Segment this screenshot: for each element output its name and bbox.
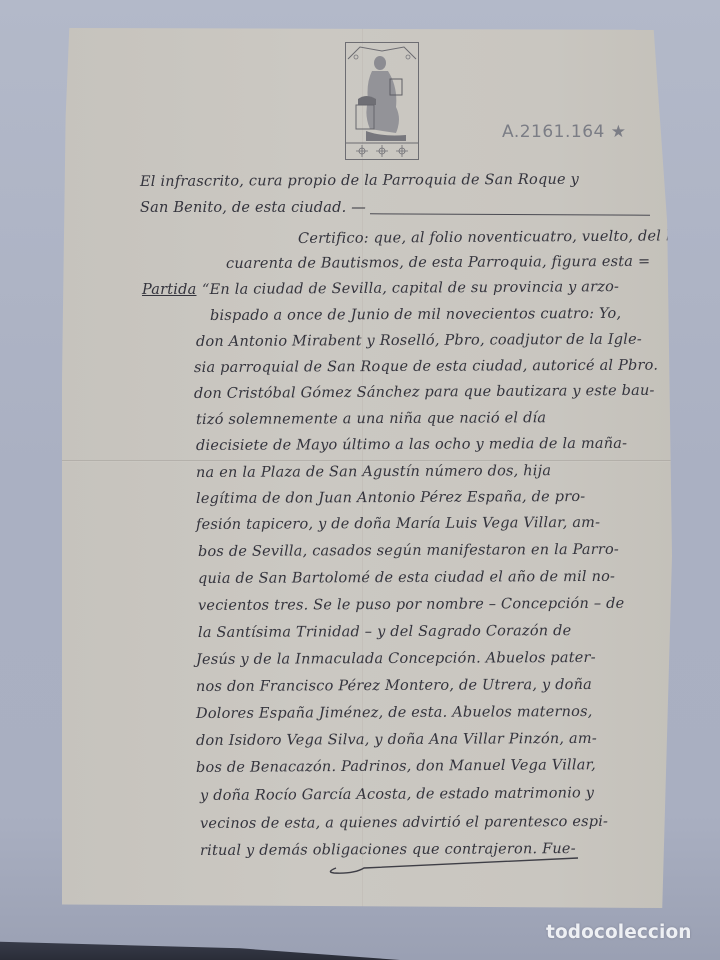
closing-flourish-stroke bbox=[324, 854, 579, 874]
text-line: y doña Rocío García Acosta, de estado ma… bbox=[200, 785, 594, 804]
text-line: don Antonio Mirabent y Roselló, Pbro, co… bbox=[196, 332, 642, 350]
text-line: El infrascrito, cura propio de la Parroq… bbox=[140, 172, 579, 190]
text-line: Dolores España Jiménez, de esta. Abuelos… bbox=[196, 704, 593, 722]
document-sheet: A.2161.164 ★ El infrascrito, cura propio… bbox=[62, 28, 672, 908]
dark-foreground-object bbox=[0, 934, 400, 960]
text-line: na en la Plaza de San Agustín número dos… bbox=[196, 463, 551, 481]
text-line: don Cristóbal Gómez Sánchez para que bau… bbox=[194, 383, 655, 402]
todocoleccion-watermark: todocoleccion bbox=[546, 922, 692, 943]
text-line: sia parroquial de San Roque de esta ciud… bbox=[194, 358, 658, 376]
text-line: legítima de don Juan Antonio Pérez Españ… bbox=[196, 489, 585, 507]
text-line: vecinos de esta, a quienes advirtió el p… bbox=[200, 814, 608, 832]
filler-rule bbox=[370, 213, 650, 216]
text-line: fesión tapicero, y de doña María Luis Ve… bbox=[196, 515, 600, 533]
text-line: cuarenta de Bautismos, de esta Parroquia… bbox=[226, 254, 650, 272]
text-line: San Benito, de esta ciudad. — bbox=[140, 200, 366, 216]
text-line: diecisiete de Mayo último a las ocho y m… bbox=[196, 436, 627, 454]
text-line: bos de Benacazón. Padrinos, don Manuel V… bbox=[196, 757, 596, 776]
text-line-with-name-concepcion: vecientos tres. Se le puso por nombre – … bbox=[198, 596, 624, 614]
text-line: don Isidoro Vega Silva, y doña Ana Villa… bbox=[196, 731, 597, 749]
text-line: bos de Sevilla, casados según manifestar… bbox=[198, 542, 619, 560]
text-line: quia de San Bartolomé de esta ciudad el … bbox=[198, 569, 615, 587]
text-line: Jesús y de la Inmaculada Concepción. Abu… bbox=[196, 650, 596, 668]
text-line: “En la ciudad de Sevilla, capital de su … bbox=[202, 279, 619, 298]
text-line: tizó solemnemente a una niña que nació e… bbox=[196, 410, 546, 428]
handwritten-text-block: El infrascrito, cura propio de la Parroq… bbox=[62, 28, 672, 908]
text-line: bispado a once de Junio de mil novecient… bbox=[210, 306, 621, 324]
text-line: Certifico: que, al folio noventicuatro, … bbox=[298, 228, 701, 247]
partida-heading: Partida bbox=[142, 282, 196, 298]
text-line: la Santísima Trinidad – y del Sagrado Co… bbox=[198, 623, 571, 641]
text-line: nos don Francisco Pérez Montero, de Utre… bbox=[196, 677, 592, 695]
